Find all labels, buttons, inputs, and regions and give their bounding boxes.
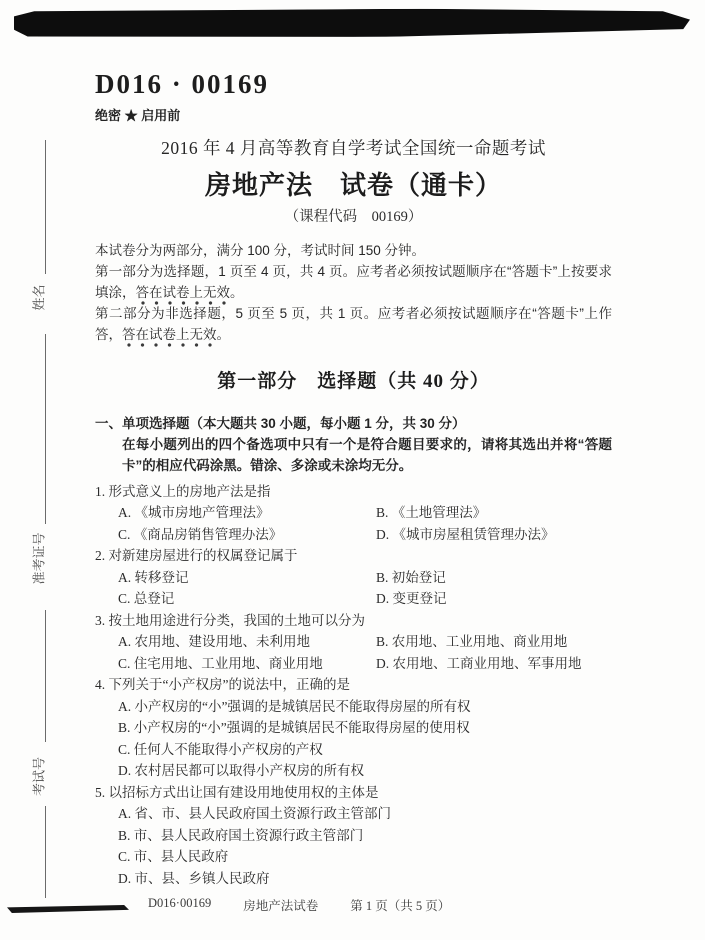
option-b: B. 《土地管理法》: [376, 502, 555, 524]
option-a: A. 省、市、县人民政府国土资源行政主管部门: [118, 803, 612, 825]
notice-part2-period: 。: [217, 327, 231, 342]
option-a: A. 转移登记: [118, 567, 376, 589]
option-b: B. 初始登记: [376, 567, 447, 589]
question-list: 1. 形式意义上的房地产法是指 A. 《城市房地产管理法》 B. 《土地管理法》…: [95, 481, 612, 890]
exam-notice: 本试卷分为两部分，满分 100 分，考试时间 150 分钟。 第一部分为选择题，…: [95, 240, 612, 345]
option-c: C. 《商品房销售管理办法》: [118, 524, 376, 546]
question-stem: 3. 按土地用途进行分类，我国的土地可以分为: [95, 610, 612, 632]
footer-exam-code: D016·00169: [148, 896, 211, 914]
option-c: C. 总登记: [118, 588, 376, 610]
notice-line-part2: 第二部分为非选择题，5 页至 5 页，共 1 页。应考者必须按试题顺序在“答题卡…: [95, 303, 612, 345]
option-c: C. 任何人不能取得小产权房的产权: [118, 739, 612, 761]
notice-part2-emphasis: 答在试卷上无效: [122, 327, 217, 348]
exam-code: D016 · 00169: [95, 70, 612, 100]
notice-line-overview: 本试卷分为两部分，满分 100 分，考试时间 150 分钟。: [95, 240, 612, 261]
option-a: A. 农用地、建设用地、未利用地: [118, 631, 376, 653]
option-d: D. 《城市房屋租赁管理办法》: [376, 524, 555, 546]
question-2: 2. 对新建房屋进行的权属登记属于 A. 转移登记 B. 初始登记 C. 总登记…: [95, 545, 612, 610]
option-b: B. 小产权房的“小”强调的是城镇居民不能取得房屋的使用权: [118, 717, 612, 739]
option-d: D. 农用地、工商业用地、军事用地: [376, 653, 582, 675]
option-d: D. 农村居民都可以取得小产权房的所有权: [118, 760, 612, 782]
question-options: A. 小产权房的“小”强调的是城镇居民不能取得房屋的所有权 B. 小产权房的“小…: [95, 696, 612, 782]
option-c: C. 住宅用地、工业用地、商业用地: [118, 653, 376, 675]
question-stem: 4. 下列关于“小产权房”的说法中，正确的是: [95, 674, 612, 696]
notice-part1-period: 。: [230, 285, 244, 300]
question-options: A. 转移登记 B. 初始登记 C. 总登记 D. 变更登记: [95, 567, 612, 610]
question-options: A. 《城市房地产管理法》 B. 《土地管理法》 C. 《商品房销售管理办法》 …: [95, 502, 612, 545]
option-c: C. 市、县人民政府: [118, 846, 612, 868]
section-heading: 第一部分 选择题（共 40 分）: [95, 366, 612, 393]
question-options: A. 农用地、建设用地、未利用地 B. 农用地、工业用地、商业用地 C. 住宅用…: [95, 631, 612, 674]
option-b: B. 市、县人民政府国土资源行政主管部门: [118, 825, 612, 847]
question-stem: 1. 形式意义上的房地产法是指: [95, 481, 612, 503]
question-options: A. 省、市、县人民政府国土资源行政主管部门 B. 市、县人民政府国土资源行政主…: [95, 803, 612, 889]
question-stem: 2. 对新建房屋进行的权属登记属于: [95, 545, 612, 567]
footer-paper-title: 房地产法试卷: [243, 896, 318, 914]
page-footer: D016·00169 房地产法试卷 第 1 页（共 5 页）: [148, 896, 612, 914]
paper-title: 房地产法 试卷（通卡）: [95, 165, 612, 202]
notice-line-part1: 第一部分为选择题，1 页至 4 页，共 4 页。应考者必须按试题顺序在“答题卡”…: [95, 261, 612, 303]
option-a: A. 《城市房地产管理法》: [118, 502, 376, 524]
subsection-heading: 一、单项选择题（本大题共 30 小题，每小题 1 分，共 30 分）: [95, 412, 612, 432]
exam-paper-page: 姓名 准考证号 考试号 D016 · 00169 绝密 ★ 启用前 2016 年…: [0, 0, 705, 940]
subsection-instructions: 在每小题列出的四个备选项中只有一个是符合题目要求的，请将其选出并将“答题卡”的相…: [95, 434, 612, 476]
question-3: 3. 按土地用途进行分类，我国的土地可以分为 A. 农用地、建设用地、未利用地 …: [95, 610, 612, 675]
course-code: （课程代码 00169）: [95, 205, 612, 226]
question-5: 5. 以招标方式出让国有建设用地使用权的主体是 A. 省、市、县人民政府国土资源…: [95, 782, 612, 890]
option-a: A. 小产权房的“小”强调的是城镇居民不能取得房屋的所有权: [118, 696, 612, 718]
option-d: D. 市、县、乡镇人民政府: [118, 868, 612, 890]
question-1: 1. 形式意义上的房地产法是指 A. 《城市房地产管理法》 B. 《土地管理法》…: [95, 481, 612, 546]
footer-page-number: 第 1 页（共 5 页）: [350, 896, 450, 914]
option-d: D. 变更登记: [376, 588, 447, 610]
question-4: 4. 下列关于“小产权房”的说法中，正确的是 A. 小产权房的“小”强调的是城镇…: [95, 674, 612, 782]
page-content: D016 · 00169 绝密 ★ 启用前 2016 年 4 月高等教育自学考试…: [0, 0, 705, 914]
question-stem: 5. 以招标方式出让国有建设用地使用权的主体是: [95, 782, 612, 804]
secrecy-notice: 绝密 ★ 启用前: [95, 105, 612, 124]
exam-session-title: 2016 年 4 月高等教育自学考试全国统一命题考试: [95, 135, 612, 160]
option-b: B. 农用地、工业用地、商业用地: [376, 631, 582, 653]
